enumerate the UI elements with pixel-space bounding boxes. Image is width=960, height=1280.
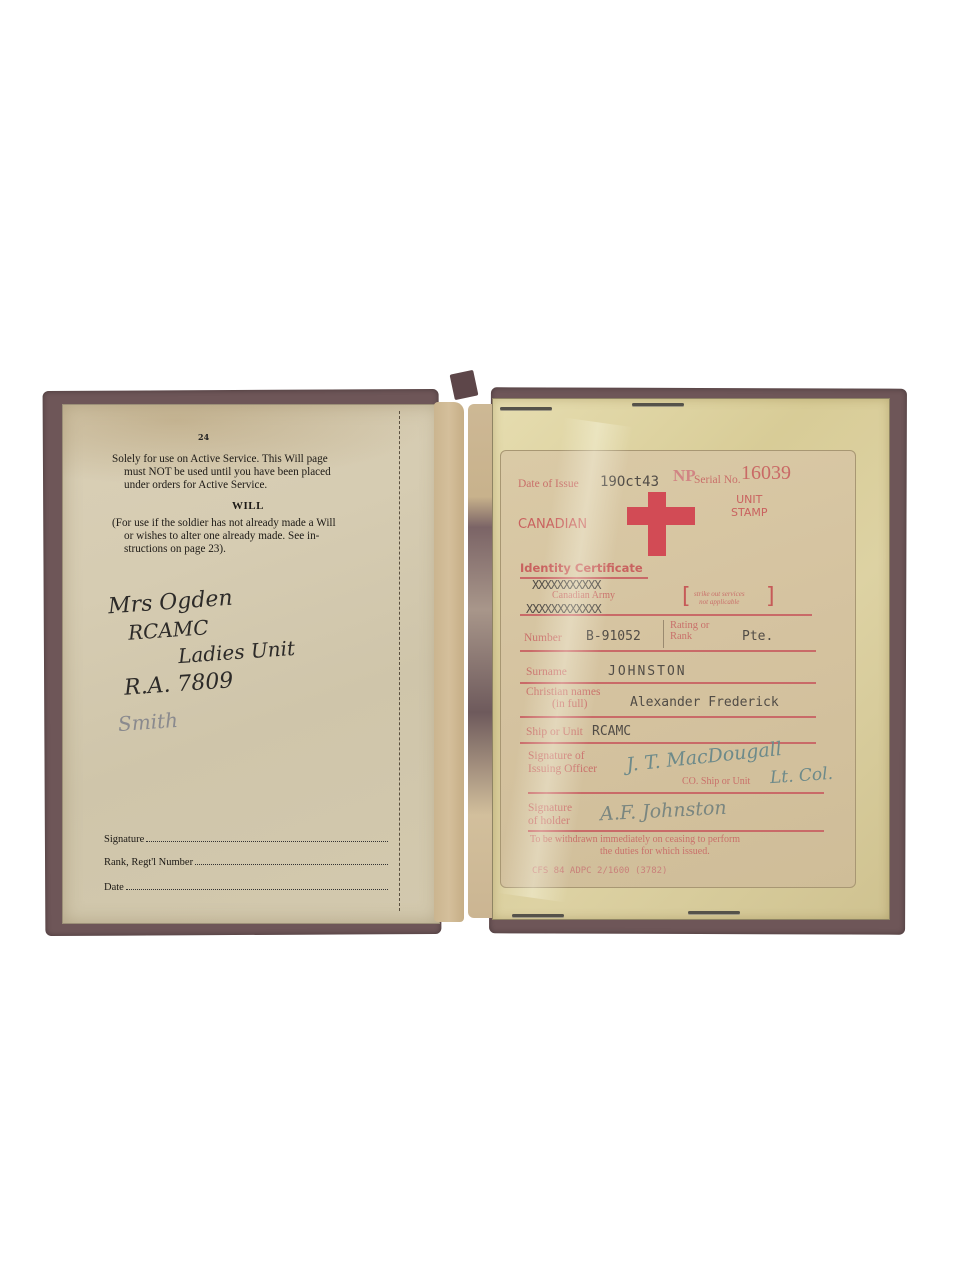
christian-names-value: Alexander Frederick xyxy=(630,695,779,710)
issuing-label-line-1: Signature of xyxy=(528,750,597,763)
serial-prefix: NP xyxy=(673,466,696,486)
staple-bottom-right xyxy=(688,911,740,914)
footer-line-1: To be withdrawn immediately on ceasing t… xyxy=(530,834,740,846)
page-margin-rule xyxy=(399,411,400,911)
rule-service xyxy=(520,614,812,616)
intro-line-2: must NOT be used until you have been pla… xyxy=(112,466,388,479)
strike-out-note: strike out services not applicable xyxy=(694,590,745,606)
staple-bottom-left xyxy=(512,914,564,917)
binding-tab xyxy=(450,370,479,400)
number-rank-divider xyxy=(663,620,664,648)
footer-line-2: the duties for which issued. xyxy=(530,846,740,858)
rule-number xyxy=(520,650,816,652)
country-label: CANADIAN xyxy=(518,517,587,532)
instr-line-3: structions on page 23). xyxy=(112,543,388,556)
rule-issuing xyxy=(528,792,824,794)
intro-line-1: Solely for use on Active Service. This W… xyxy=(112,453,328,465)
issuing-officer-label: Signature of Issuing Officer xyxy=(528,750,597,776)
date-label: Date xyxy=(104,882,124,893)
date-field: Date xyxy=(104,881,388,893)
strike-note-line-2: not applicable xyxy=(694,598,745,606)
issuing-label-line-2: Issuing Officer xyxy=(528,763,597,776)
serial-label: Serial No. xyxy=(694,474,741,486)
instr-line-1: (For use if the soldier has not already … xyxy=(112,517,336,529)
rank-label: Rating or Rank xyxy=(670,620,709,642)
torn-spine-left xyxy=(434,402,464,922)
bracket-right: ] xyxy=(766,584,775,609)
service-value: Canadian Army xyxy=(552,590,615,601)
number-label: Number xyxy=(524,632,562,644)
christian-names-label: Christian names (in full) xyxy=(526,686,600,710)
staple-top-left xyxy=(500,407,552,410)
red-cross-icon-bar xyxy=(627,507,695,525)
holder-label-line-2: of holder xyxy=(528,815,572,828)
date-of-issue-value: 19Oct43 xyxy=(600,474,659,490)
unit-stamp-line-1: UNIT xyxy=(731,493,768,506)
rule-surname xyxy=(520,682,816,684)
unit-stamp-label: UNIT STAMP xyxy=(731,493,768,519)
christian-label-line-2: (in full) xyxy=(526,698,600,710)
rule-holder xyxy=(528,830,824,832)
withdrawal-notice: To be withdrawn immediately on ceasing t… xyxy=(530,834,740,858)
rank-label-line-2: Rank xyxy=(670,631,709,642)
christian-label-line-1: Christian names xyxy=(526,686,600,698)
will-instructions: (For use if the soldier has not already … xyxy=(112,517,388,556)
will-intro-text: Solely for use on Active Service. This W… xyxy=(112,453,388,492)
rank-number-label: Rank, Regt'l Number xyxy=(104,857,193,868)
instr-line-2: or wishes to alter one already made. See… xyxy=(112,530,388,543)
surname-value: JOHNSTON xyxy=(608,664,687,679)
holder-label-line-1: Signature xyxy=(528,802,572,815)
unit-stamp-line-2: STAMP xyxy=(731,506,768,519)
rank-value: Pte. xyxy=(742,629,773,644)
holder-signature-label: Signature of holder xyxy=(528,802,572,828)
signature-label: Signature xyxy=(104,834,144,845)
rule-christian xyxy=(520,716,816,718)
unit-label: Ship or Unit xyxy=(526,726,583,738)
rank-label-line-1: Rating or xyxy=(670,620,709,631)
page-number: 24 xyxy=(198,432,209,442)
co-ship-unit-label: CO. Ship or Unit xyxy=(682,776,750,787)
number-value: B-91052 xyxy=(586,629,641,644)
strike-note-line-1: strike out services xyxy=(694,590,745,598)
identity-certificate-title: Identity Certificate xyxy=(520,561,643,575)
intro-line-3: under orders for Active Service. xyxy=(112,479,388,492)
surname-label: Surname xyxy=(526,666,567,678)
rank-number-field: Rank, Regt'l Number xyxy=(104,856,388,868)
bracket-left: [ xyxy=(682,584,691,609)
handwriting-line-5: Smith xyxy=(117,708,179,736)
staple-top-right xyxy=(632,403,684,406)
date-of-issue-label: Date of Issue xyxy=(518,478,579,490)
signature-field: Signature xyxy=(104,833,388,845)
form-code: CFS 84 ADPC 2/1600 (3782) xyxy=(532,866,667,876)
will-heading: WILL xyxy=(232,500,264,512)
unit-value: RCAMC xyxy=(592,724,631,739)
serial-number: 16039 xyxy=(741,462,791,485)
